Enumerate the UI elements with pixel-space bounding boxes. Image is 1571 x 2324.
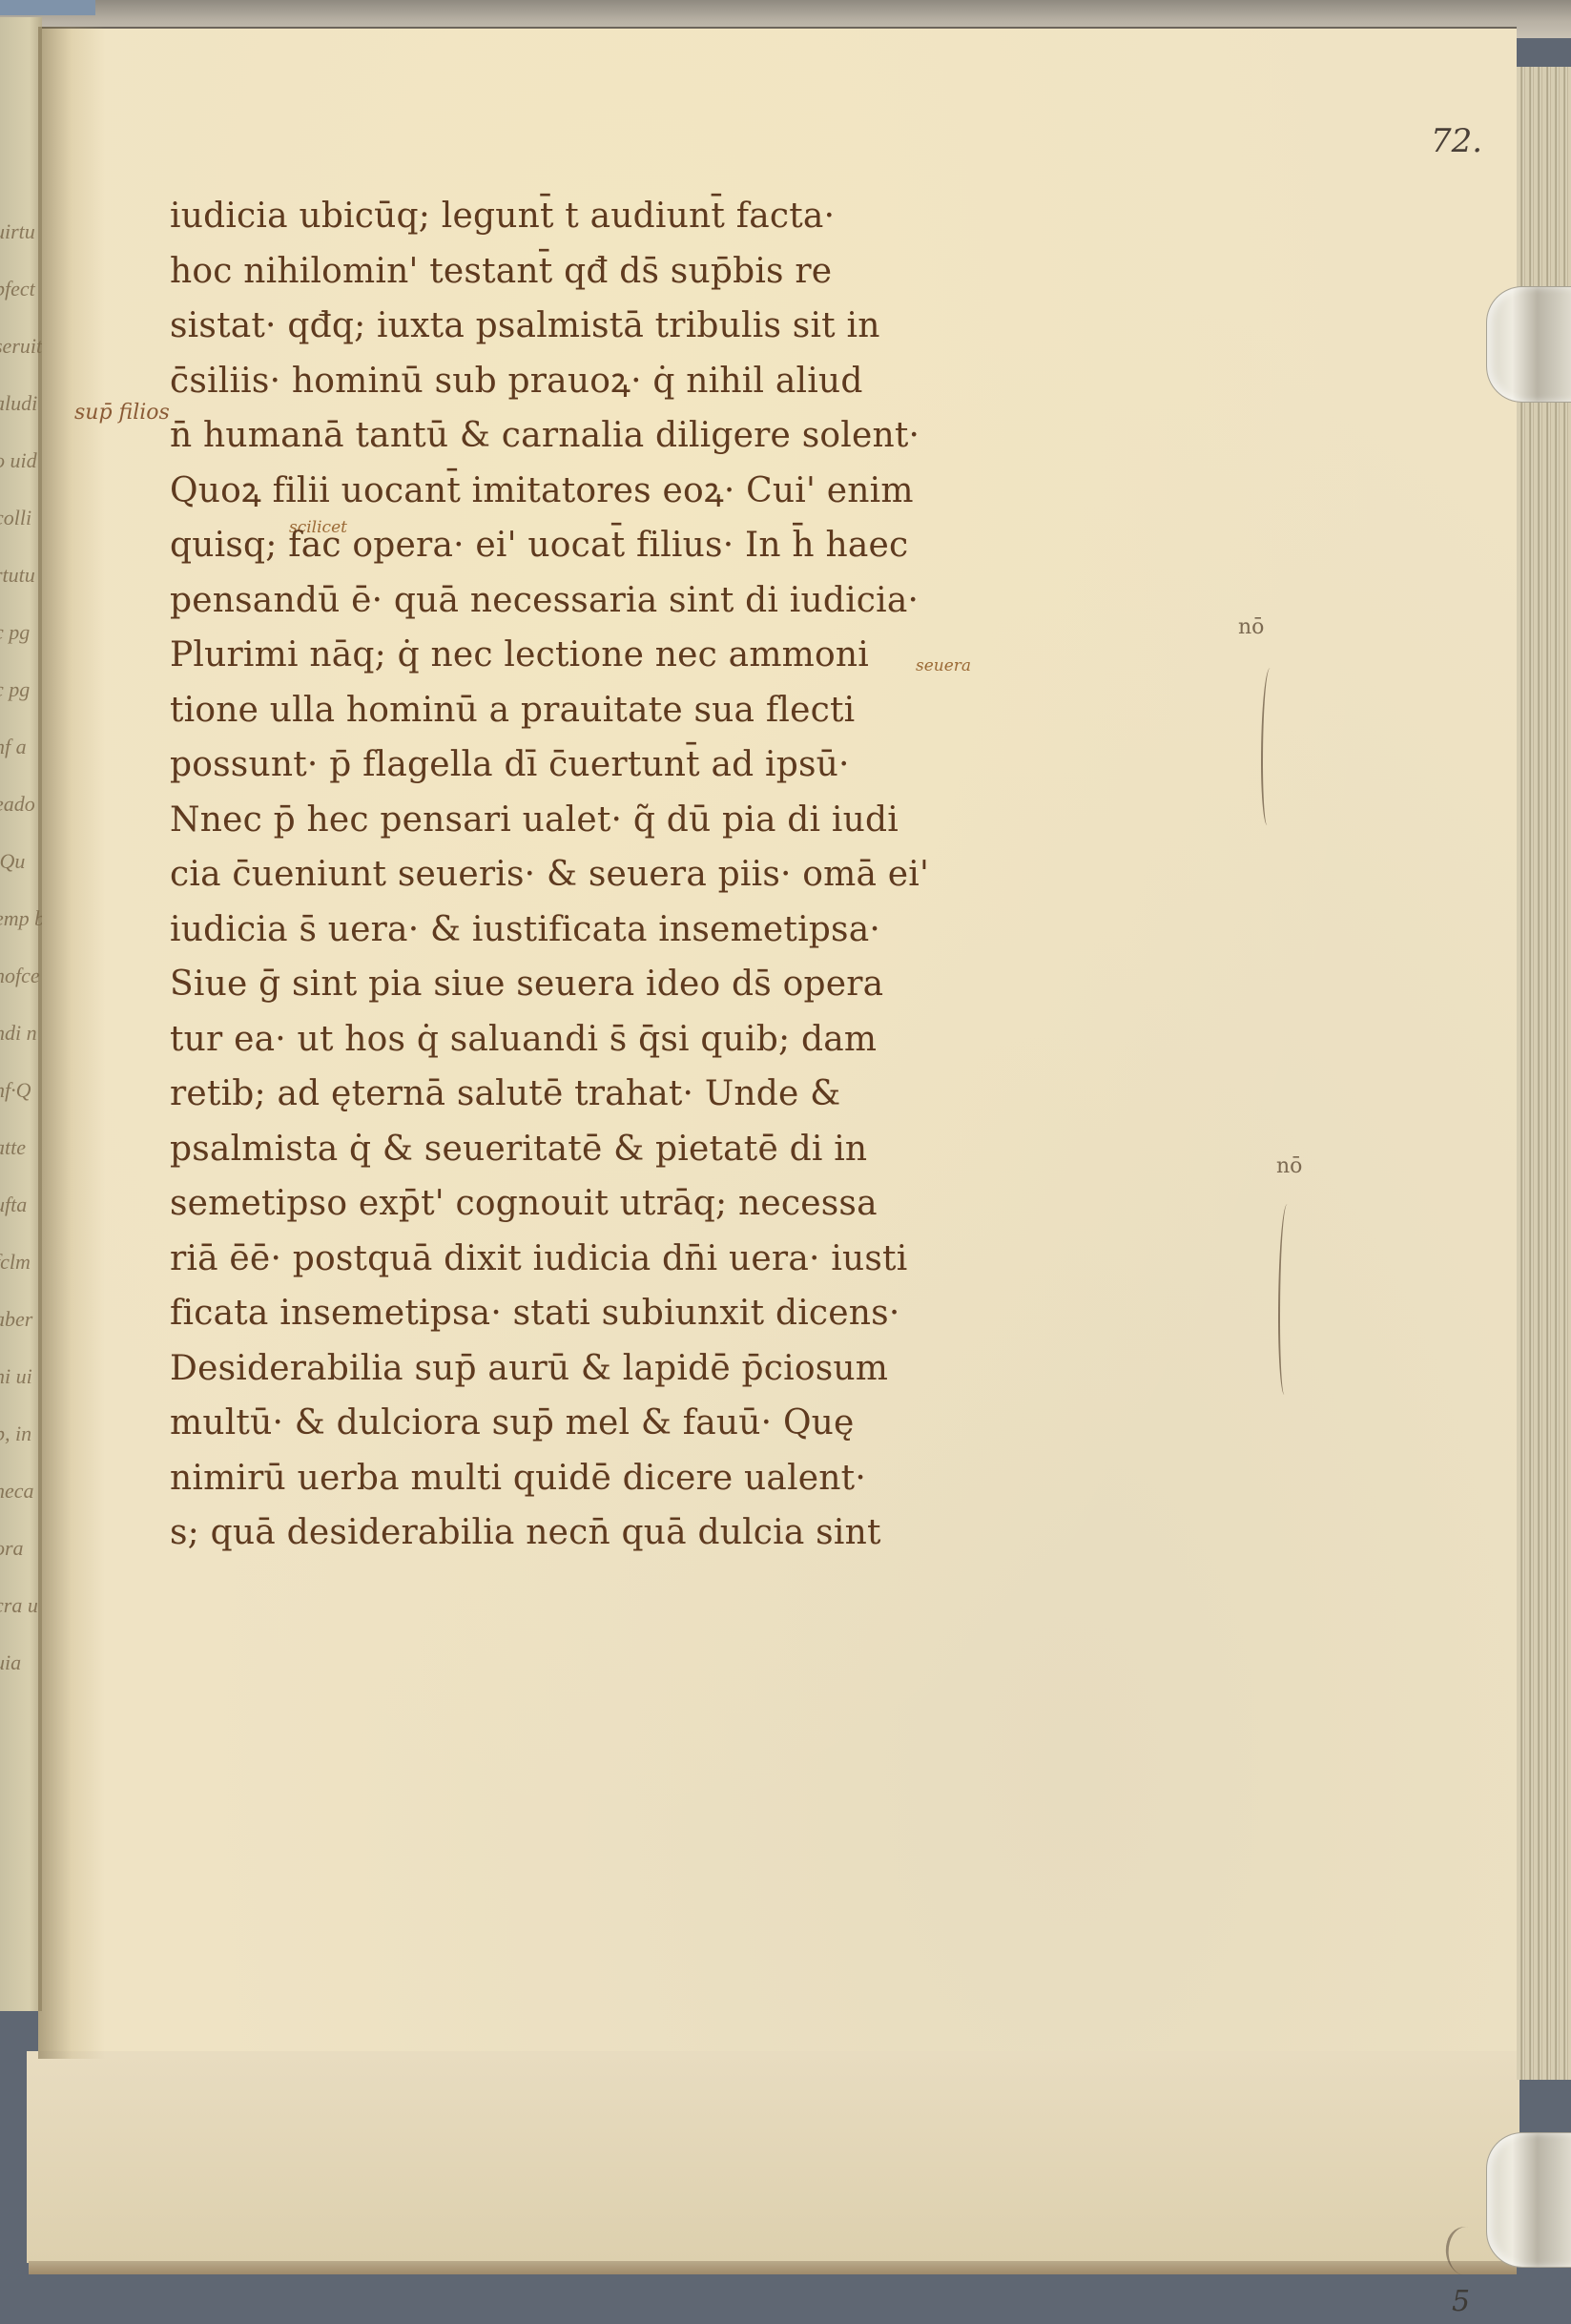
text-line: Desiderabilia sup̄ aurū & lapidē p̄ciosu…: [170, 1341, 1238, 1397]
facing-page-fragment: c pg: [0, 604, 42, 661]
facing-page-sliver: uirtupfectseruitaludio uidcollirtutuc pg…: [0, 17, 42, 2011]
text-line: quisq; fac opera· ei' uocat̄ filius· In …: [170, 518, 1238, 573]
facing-page-fragment: ndi n: [0, 1005, 42, 1062]
text-line: tur ea· ut hos q̇ saluandi s̄ q̄si quib;…: [170, 1012, 1238, 1068]
text-line: tione ulla hominū a prauitate sua flecti: [170, 683, 1238, 738]
facing-page-fragment: uirtu: [0, 203, 42, 260]
facing-page-fragment: nofce: [0, 947, 42, 1005]
text-line: Plurimi nāq; q̇ nec lectione nec ammoni: [170, 628, 1238, 683]
quire-mark: 5: [1452, 2285, 1470, 2318]
facing-page-text: uirtupfectseruitaludio uidcollirtutuc pg…: [0, 203, 42, 1691]
text-line: retib; ad ęternā salutē trahat· Unde &: [170, 1067, 1238, 1122]
gutter-shadow: [38, 27, 105, 2059]
facing-page-fragment: seruit: [0, 318, 42, 375]
background-corner: [0, 0, 95, 15]
facing-page-fragment: o uid: [0, 432, 42, 489]
facing-page-fragment: atte: [0, 1119, 42, 1176]
facing-page-fragment: aber: [0, 1291, 42, 1348]
facing-page-fragment: nf a: [0, 718, 42, 776]
leaf-lower-margin: [27, 2051, 1519, 2263]
text-line: sistat· qđq; iuxta psalmistā tribulis si…: [170, 299, 1238, 354]
text-line: semetipso exp̄t' cognouit utrāq; necessa: [170, 1176, 1238, 1232]
fore-edge-page-stack: [1517, 67, 1571, 2080]
facing-page-fragment: fclm: [0, 1234, 42, 1291]
main-text-column: iudicia ubicūq; legunt̄ t audiunt̄ facta…: [170, 189, 1238, 1561]
left-margin-note: sup̄ filios: [74, 401, 170, 425]
facing-page-fragment: emp b: [0, 890, 42, 947]
text-line: possunt· p̄ flagella dī c̄uertunt̄ ad ip…: [170, 737, 1238, 793]
text-line: pensandū ē· quā necessaria sint di iudic…: [170, 573, 1238, 629]
text-line: nimirū uerba multi quidē dicere ualent·: [170, 1451, 1238, 1506]
facing-page-fragment: ufta: [0, 1176, 42, 1234]
facing-page-fragment: ni ui: [0, 1348, 42, 1405]
text-line: ficata insemetipsa· stati subiunxit dice…: [170, 1286, 1238, 1341]
facing-page-fragment: nf·Q: [0, 1062, 42, 1119]
text-line: s; quā desiderabilia necn̄ quā dulcia si…: [170, 1505, 1238, 1561]
facing-page-fragment: aludi: [0, 375, 42, 432]
facing-page-fragment: pfect: [0, 260, 42, 318]
nota-mark-1: nō: [1238, 615, 1264, 639]
nota-bracket-1: [1261, 668, 1276, 825]
folio-number: 72.: [1431, 122, 1482, 160]
text-line: multū· & dulciora sup̄ mel & fauū· Quę: [170, 1396, 1238, 1451]
text-line: hoc nihilomin' testant̄ qđ ds̄ sup̄bis r…: [170, 244, 1238, 300]
text-line: riā ēē· postquā dixit iudicia dn̄i uera·…: [170, 1232, 1238, 1287]
facing-page-fragment: colli: [0, 489, 42, 547]
facing-page-fragment: c pg: [0, 661, 42, 718]
text-line: cia c̄ueniunt seueris· & seuera piis· om…: [170, 847, 1238, 903]
text-line: psalmista q̇ & seueritatē & pietatē di i…: [170, 1122, 1238, 1177]
leaf-bottom-edge: [29, 2261, 1517, 2274]
text-line: iudicia s̄ uera· & iustificata insemetip…: [170, 903, 1238, 958]
facing-page-fragment: neca: [0, 1463, 42, 1520]
facing-page-fragment: b, in: [0, 1405, 42, 1463]
text-line: Quoꝝ filii uocant̄ imitatores eoꝝ· Cui' …: [170, 464, 1238, 519]
facing-page-fragment: ·Qu: [0, 833, 42, 890]
text-line: Siue ḡ sint pia siue seuera ideo ds̄ ope…: [170, 957, 1238, 1012]
text-line: Nnec p̄ hec pensari ualet· q̃ dū pia di …: [170, 793, 1238, 848]
nota-mark-2: nō: [1276, 1154, 1302, 1178]
facing-page-fragment: rtutu: [0, 547, 42, 604]
facing-page-fragment: ora: [0, 1520, 42, 1577]
text-line: n̄ humanā tantū & carnalia diligere sole…: [170, 408, 1238, 464]
facing-page-fragment: uia: [0, 1634, 42, 1691]
text-line: c̄siliis· hominū sub prauoꝝ· q̇ nihil al…: [170, 354, 1238, 409]
page-clip-top: [1486, 286, 1571, 403]
text-line: iudicia ubicūq; legunt̄ t audiunt̄ facta…: [170, 189, 1238, 244]
facing-page-fragment: eado: [0, 776, 42, 833]
page-clip-bottom: [1486, 2132, 1571, 2268]
nota-bracket-2: [1278, 1204, 1293, 1395]
facing-page-fragment: cra u: [0, 1577, 42, 1634]
